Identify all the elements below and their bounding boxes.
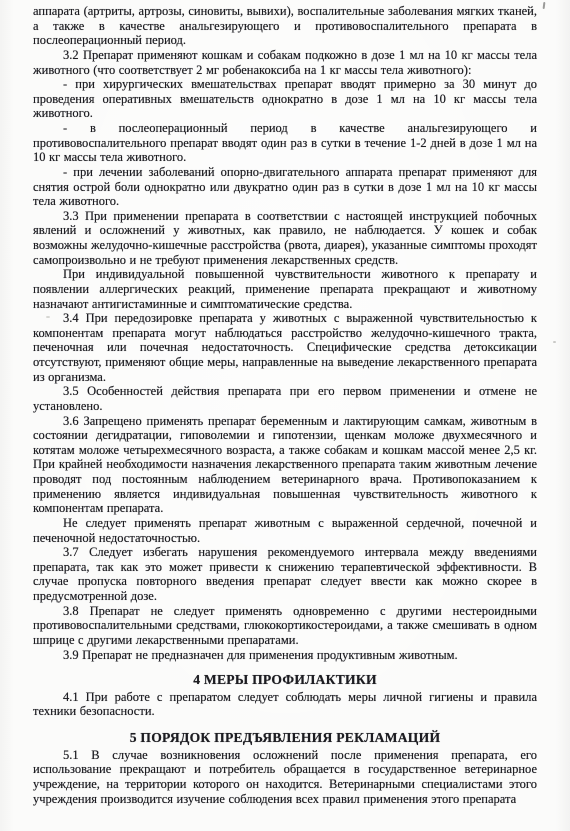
paragraph-3-8: 3.8 Препарат не следует применять одновр… xyxy=(33,604,537,648)
scan-artifact-speck xyxy=(46,316,50,318)
section-4-heading: 4 МЕРЫ ПРОФИЛАКТИКИ xyxy=(33,673,537,688)
paragraph-3-2-item-surgery: - при хирургических вмешательствах препа… xyxy=(33,77,537,121)
paragraph-3-4: 3.4 При передозировке препарата у животн… xyxy=(33,311,537,384)
paragraph-3-6: 3.6 Запрещено применять препарат беремен… xyxy=(33,414,537,516)
paragraph-3-5: 3.5 Особенностей действия препарата при … xyxy=(33,384,537,413)
document-page: аппарата (артриты, артрозы, синовиты, вы… xyxy=(0,0,570,831)
paragraph-3-7: 3.7 Следует избегать нарушения рекоменду… xyxy=(33,545,537,604)
paragraph-5-1: 5.1 В случае возникновения осложнений по… xyxy=(33,748,537,807)
paragraph-3-9: 3.9 Препарат не предназначен для примене… xyxy=(33,648,537,663)
paragraph-4-1: 4.1 При работе с препаратом следует собл… xyxy=(33,690,537,719)
paragraph-3-3: 3.3 При применении препарата в соответст… xyxy=(33,209,537,268)
scan-artifact-tick xyxy=(543,2,546,9)
paragraph-3-3-hypersensitivity: При индивидуальной повышенной чувствител… xyxy=(33,267,537,311)
paragraph-3-2: 3.2 Препарат применяют кошкам и собакам … xyxy=(33,48,537,77)
paragraph-continuation: аппарата (артриты, артрозы, синовиты, вы… xyxy=(33,4,537,48)
paragraph-3-2-item-postoperative: - в послеоперационный период в качестве … xyxy=(33,121,537,165)
paragraph-3-2-item-musculoskeletal: - при лечении заболеваний опорно-двигате… xyxy=(33,165,537,209)
paragraph-3-6-contraindication: Не следует применять препарат животным с… xyxy=(33,516,537,545)
section-5-heading: 5 ПОРЯДОК ПРЕДЪЯВЛЕНИЯ РЕКЛАМАЦИЙ xyxy=(33,731,537,746)
scan-artifact-speck xyxy=(553,341,556,343)
